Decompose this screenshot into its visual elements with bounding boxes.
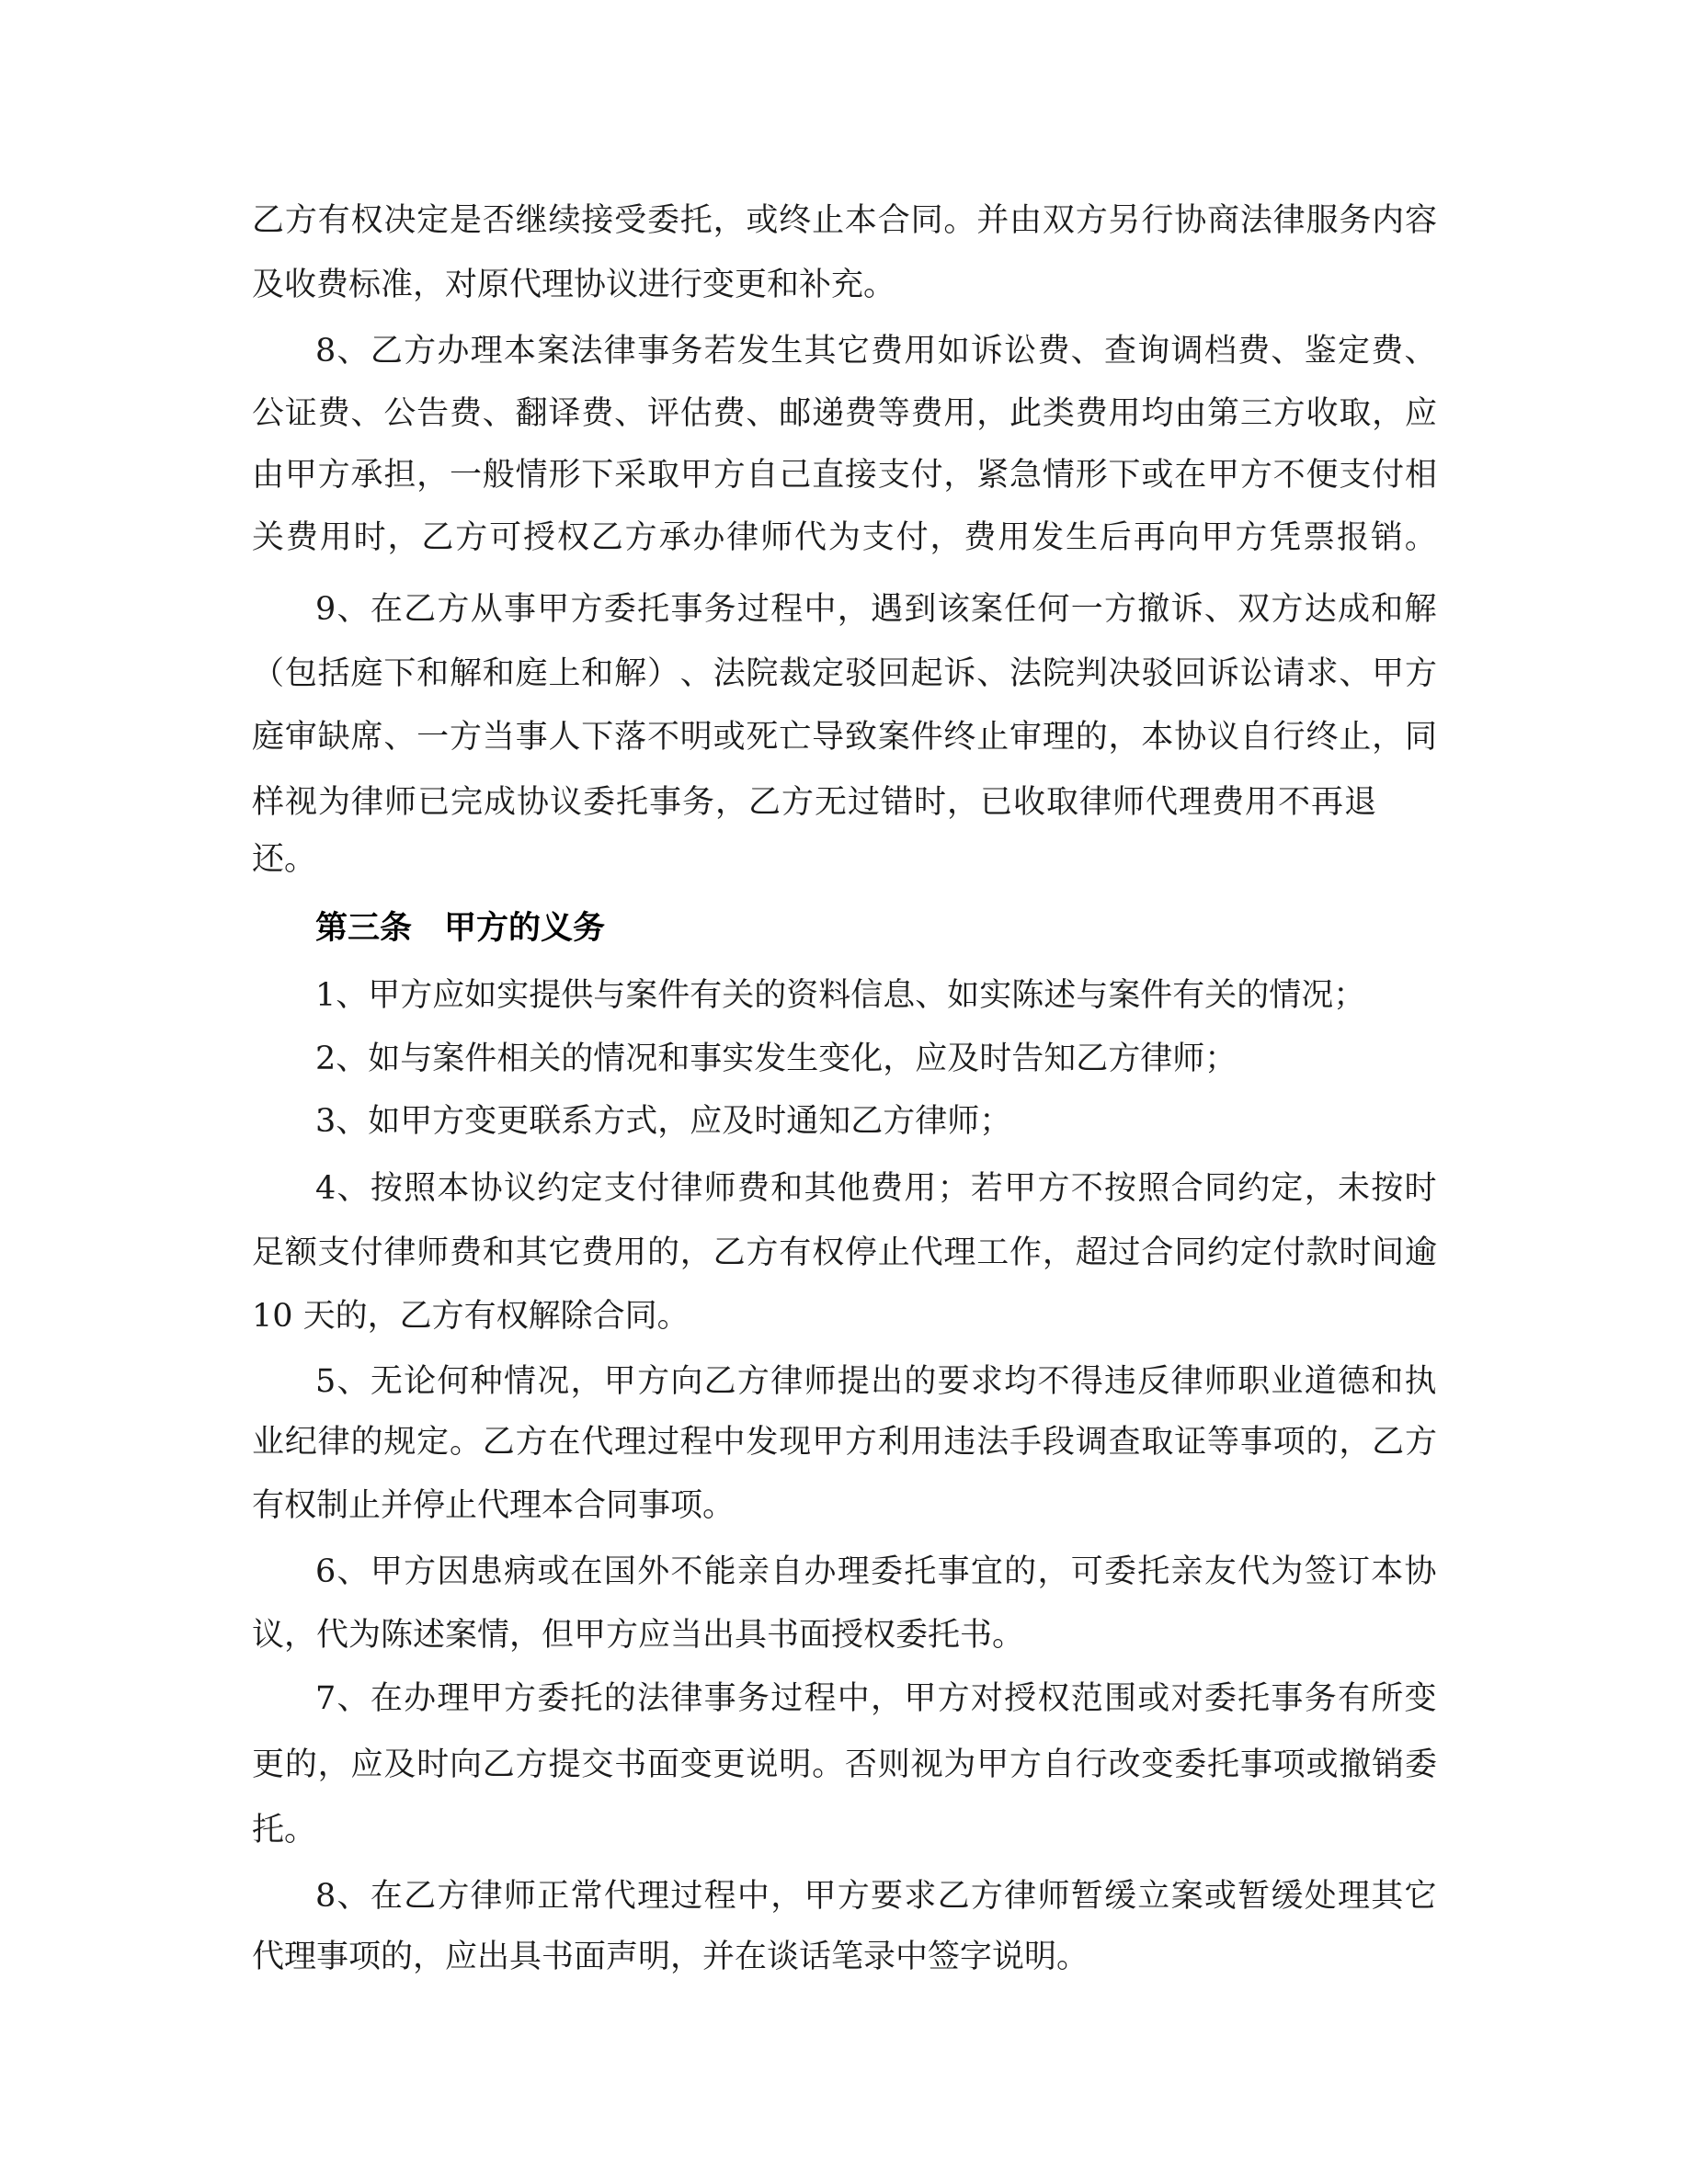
text-line: 乙方有权决定是否继续接受委托，或终止本合同。并由双方另行协商法律服务内容	[252, 198, 1437, 244]
text-line: 及收费标准，对原代理协议进行变更和补充。	[252, 262, 1437, 308]
text-line: 样视为律师已完成协议委托事务，乙方无过错时，已收取律师代理费用不再退	[252, 779, 1437, 825]
text-line: 业纪律的规定。乙方在代理过程中发现甲方利用违法手段调查取证等事项的，乙方	[252, 1419, 1437, 1465]
text-line: 关费用时，乙方可授权乙方承办律师代为支付，费用发生后再向甲方凭票报销。	[252, 515, 1437, 561]
text-line: 议，代为陈述案情，但甲方应当出具书面授权委托书。	[252, 1612, 1437, 1658]
text-line: 4、按照本协议约定支付律师费和其他费用；若甲方不按照合同约定，未按时	[315, 1166, 1437, 1211]
text-line: 5、无论何种情况，甲方向乙方律师提出的要求均不得违反律师职业道德和执	[315, 1359, 1437, 1405]
obligation-item-2: 2、如与案件相关的情况和事实发生变化，应及时告知乙方律师；	[315, 1036, 1437, 1082]
section-heading: 第三条 甲方的义务	[315, 905, 1437, 951]
document-page: 乙方有权决定是否继续接受委托，或终止本合同。并由双方另行协商法律服务内容 及收费…	[0, 0, 1688, 2184]
text-line: 足额支付律师费和其它费用的，乙方有权停止代理工作，超过合同约定付款时间逾	[252, 1230, 1437, 1276]
text-line: 托。	[252, 1807, 1437, 1853]
text-line: 10 天的，乙方有权解除合同。	[252, 1293, 1437, 1339]
text-line: 还。	[252, 836, 1437, 882]
text-line: 更的，应及时向乙方提交书面变更说明。否则视为甲方自行改变委托事项或撤销委	[252, 1742, 1437, 1788]
text-line: 9、在乙方从事甲方委托事务过程中，遇到该案任何一方撤诉、双方达成和解	[315, 586, 1437, 632]
text-line: 8、在乙方律师正常代理过程中，甲方要求乙方律师暂缓立案或暂缓处理其它	[315, 1873, 1437, 1919]
text-line: 7、在办理甲方委托的法律事务过程中，甲方对授权范围或对委托事务有所变	[315, 1676, 1437, 1722]
obligation-item-1: 1、甲方应如实提供与案件有关的资料信息、如实陈述与案件有关的情况；	[315, 973, 1437, 1018]
text-line: 8、乙方办理本案法律事务若发生其它费用如诉讼费、查询调档费、鉴定费、	[315, 328, 1437, 374]
text-line: 由甲方承担，一般情形下采取甲方自己直接支付，紧急情形下或在甲方不便支付相	[252, 452, 1437, 498]
text-line: （包括庭下和解和庭上和解）、法院裁定驳回起诉、法院判决驳回诉讼请求、甲方	[252, 651, 1437, 697]
text-line: 6、甲方因患病或在国外不能亲自办理委托事宜的，可委托亲友代为签订本协	[315, 1549, 1437, 1595]
text-line: 庭审缺席、一方当事人下落不明或死亡导致案件终止审理的，本协议自行终止，同	[252, 714, 1437, 760]
text-line: 公证费、公告费、翻译费、评估费、邮递费等费用，此类费用均由第三方收取，应	[252, 391, 1437, 437]
text-line: 有权制止并停止代理本合同事项。	[252, 1483, 1437, 1529]
obligation-item-3: 3、如甲方变更联系方式，应及时通知乙方律师；	[315, 1098, 1437, 1144]
text-line: 代理事项的，应出具书面声明，并在谈话笔录中签字说明。	[252, 1934, 1437, 1980]
